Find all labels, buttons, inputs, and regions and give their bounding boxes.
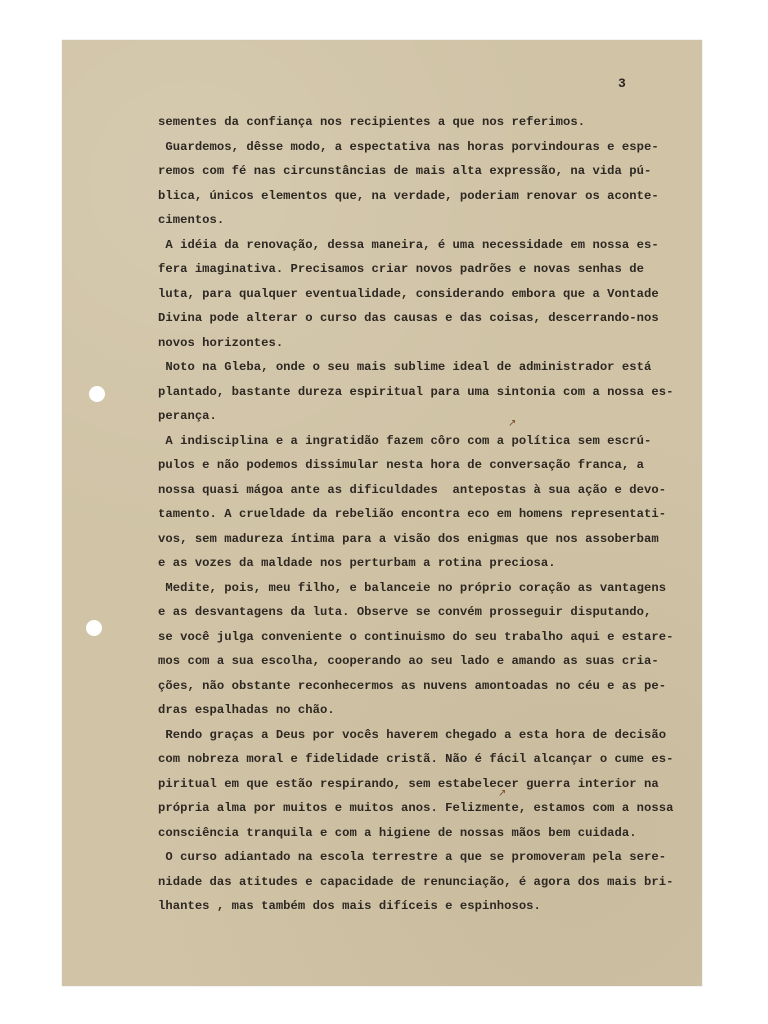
text-line: com nobreza moral e fidelidade cristã. N… [158, 747, 678, 772]
text-line: nidade das atitudes e capacidade de renu… [158, 870, 678, 895]
text-line: própria alma por muitos e muitos anos. F… [158, 796, 678, 821]
punch-hole [86, 620, 102, 636]
text-line: consciência tranquila e com a higiene de… [158, 821, 678, 846]
page-number: 3 [618, 76, 626, 91]
text-line: Rendo graças a Deus por vocês haverem ch… [158, 723, 678, 748]
text-line: Noto na Gleba, onde o seu mais sublime i… [158, 355, 678, 380]
text-line: remos com fé nas circunstâncias de mais … [158, 159, 678, 184]
text-line: e as desvantagens da luta. Observe se co… [158, 600, 678, 625]
text-line: tamento. A crueldade da rebelião encontr… [158, 502, 678, 527]
text-line: sementes da confiança nos recipientes a … [158, 110, 678, 135]
text-line: A indisciplina e a ingratidão fazem côro… [158, 429, 678, 454]
text-line: mos com a sua escolha, cooperando ao seu… [158, 649, 678, 674]
text-line: dras espalhadas no chão. [158, 698, 678, 723]
text-line: blica, únicos elementos que, na verdade,… [158, 184, 678, 209]
text-line: novos horizontes. [158, 331, 678, 356]
punch-hole [89, 386, 105, 402]
body-text: sementes da confiança nos recipientes a … [158, 110, 678, 919]
text-line: e as vozes da maldade nos perturbam a ro… [158, 551, 678, 576]
text-line: pulos e não podemos dissimular nesta hor… [158, 453, 678, 478]
text-line: cimentos. [158, 208, 678, 233]
text-line: se você julga conveniente o continuismo … [158, 625, 678, 650]
text-line: Guardemos, dêsse modo, a espectativa nas… [158, 135, 678, 160]
text-line: ções, não obstante reconhecermos as nuve… [158, 674, 678, 699]
text-line: luta, para qualquer eventualidade, consi… [158, 282, 678, 307]
text-line: fera imaginativa. Precisamos criar novos… [158, 257, 678, 282]
text-line: plantado, bastante dureza espiritual par… [158, 380, 678, 405]
typewritten-page: 3 ↗ ↗ sementes da confiança nos recipien… [62, 40, 702, 986]
text-line: lhantes , mas também dos mais difíceis e… [158, 894, 678, 919]
text-line: vos, sem madureza íntima para a visão do… [158, 527, 678, 552]
text-line: A idéia da renovação, dessa maneira, é u… [158, 233, 678, 258]
text-line: Divina pode alterar o curso das causas e… [158, 306, 678, 331]
text-line: O curso adiantado na escola terrestre a … [158, 845, 678, 870]
text-line: piritual em que estão respirando, sem es… [158, 772, 678, 797]
text-line: Medite, pois, meu filho, e balanceie no … [158, 576, 678, 601]
text-line: nossa quasi mágoa ante as dificuldades a… [158, 478, 678, 503]
text-line: perança. [158, 404, 678, 429]
